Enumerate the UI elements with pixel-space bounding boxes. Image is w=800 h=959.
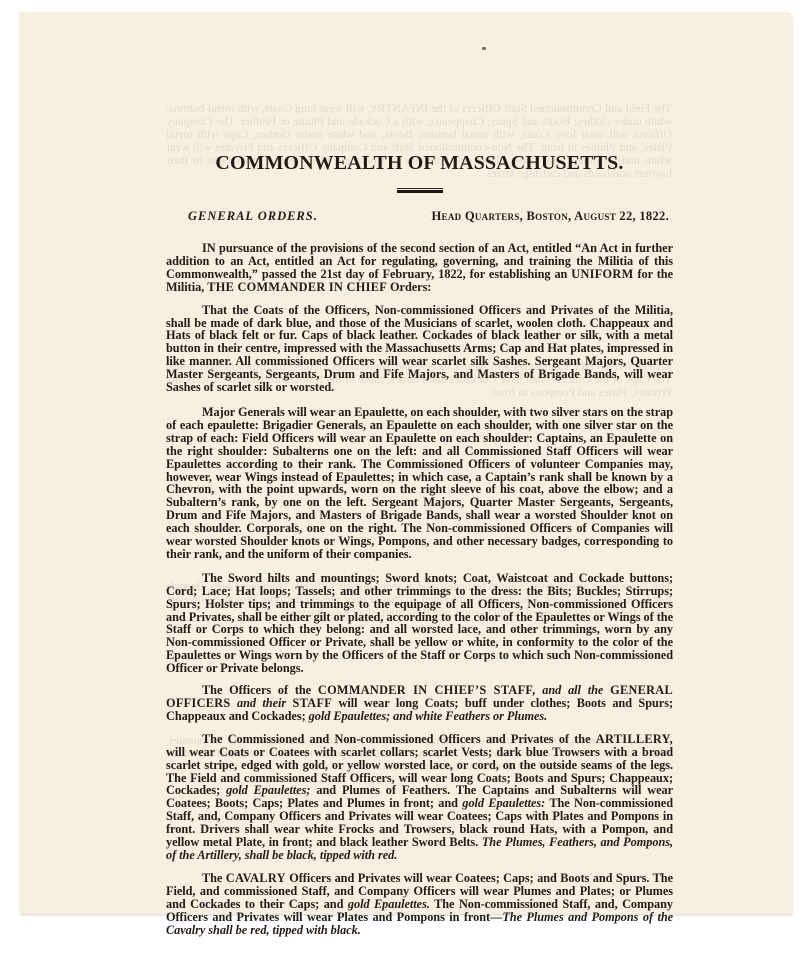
staff-text-italic: and all the <box>535 683 610 697</box>
staff-paragraph: The Officers of the COMMANDER IN CHIEF’S… <box>166 684 673 723</box>
cavalry-text: The <box>202 871 226 885</box>
staff-term: STAFF <box>293 696 333 710</box>
cavalry-paragraph: The CAVALRY Officers and Privates will w… <box>166 872 673 937</box>
rule-thick-line <box>397 190 443 193</box>
commander-staff-term: COMMANDER IN CHIEF’S STAFF, <box>318 683 536 697</box>
orders-header: GENERAL ORDERS. Head Quarters, Boston, A… <box>166 209 673 224</box>
commander-in-chief-term: THE COMMANDER IN CHIEF <box>207 280 387 294</box>
artillery-paragraph: The Commissioned and Non-commissioned Of… <box>166 733 673 862</box>
headquarters-dateline: Head Quarters, Boston, August 22, 1822. <box>432 209 670 224</box>
orders-label: GENERAL ORDERS. <box>188 209 318 224</box>
epaulettes-paragraph: Major Generals will wear an Epaulette, o… <box>166 406 673 561</box>
title-rule <box>166 188 673 193</box>
rule-thin-line <box>397 188 443 189</box>
staff-text-italic: gold Epaulettes; and white Feathers or P… <box>309 709 548 723</box>
artillery-text-italic: gold Epaulettes; <box>226 783 310 797</box>
artillery-text-italic: gold Epaulettes: <box>462 796 545 810</box>
artillery-text: The Commissioned and Non-commissioned Of… <box>202 732 596 746</box>
document-title: COMMONWEALTH OF MASSACHUSETTS. <box>174 150 666 176</box>
staff-text: The Officers of the <box>202 683 318 697</box>
cavalry-term: CAVALRY <box>226 871 286 885</box>
general-orders-document: COMMONWEALTH OF MASSACHUSETTS. GENERAL O… <box>166 150 673 936</box>
trimmings-paragraph: The Sword hilts and mountings; Sword kno… <box>166 572 673 675</box>
staff-text-italic: and their <box>231 696 293 710</box>
uniform-term: UNIFORM <box>571 267 633 281</box>
artillery-term: ARTILLERY, <box>596 732 673 746</box>
cavalry-text-italic: gold Epaulettes. <box>348 897 430 911</box>
preamble-paragraph: IN pursuance of the provisions of the se… <box>166 242 673 294</box>
coats-paragraph: That the Coats of the Officers, Non-comm… <box>166 304 673 394</box>
preamble-text: Orders: <box>387 280 431 294</box>
paper-speck <box>482 47 486 50</box>
